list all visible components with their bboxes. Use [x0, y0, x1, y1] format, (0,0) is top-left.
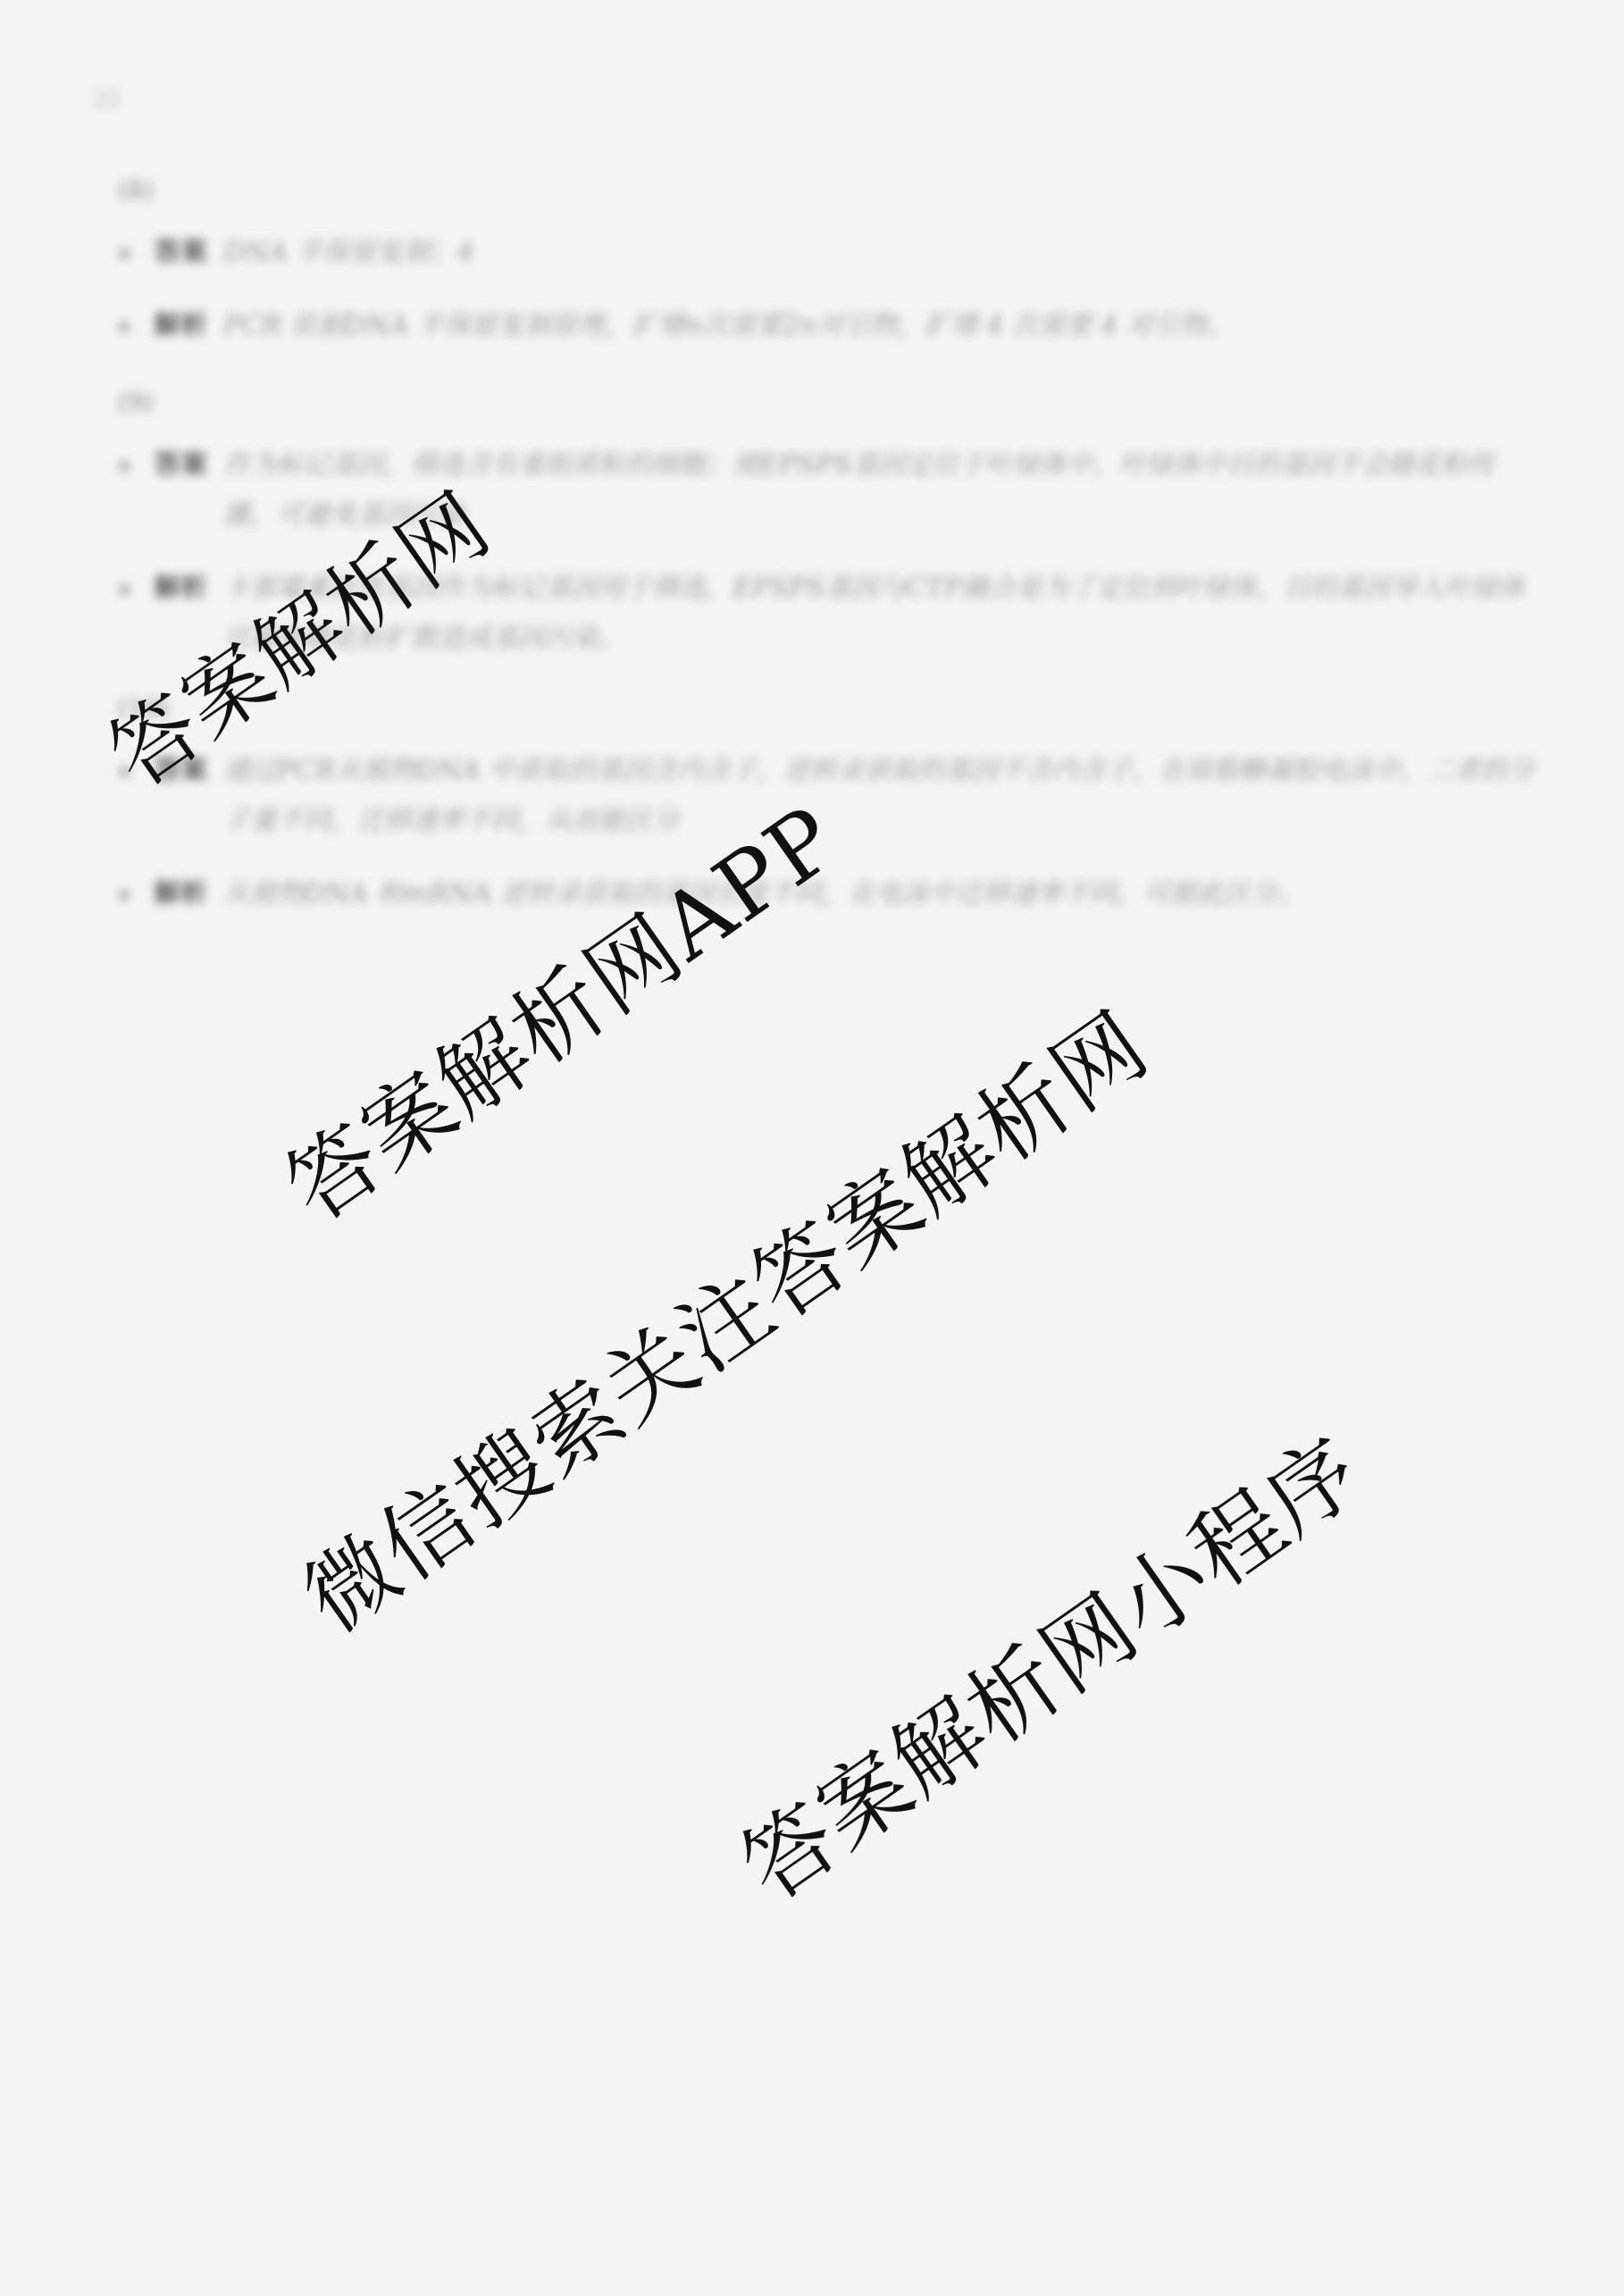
answer-item: 答案 通过PCR从植物DNA 中获取的基因含内含子，逆转录获取的基因不含内含子，… [118, 746, 1547, 846]
question-section-10: (10) 答案 通过PCR从植物DNA 中获取的基因含内含子，逆转录获取的基因不… [118, 693, 1547, 943]
bullet-icon [118, 247, 130, 260]
answer-item: 答案 作为标记基因，筛选含有重组质粒的细胞；使EPSPS基因定位于叶绿体中，叶绿… [118, 440, 1547, 540]
bullet-icon [118, 583, 130, 596]
watermark: 答案解析网小程序 [712, 1401, 1383, 1924]
item-label: 解析 [154, 869, 207, 919]
item-label: 答案 [154, 228, 207, 278]
bullet-icon [118, 460, 130, 473]
item-text: DNA 半保留复制；4 [223, 228, 474, 278]
item-text: 通过PCR从植物DNA 中获取的基因含内含子，逆转录获取的基因不含内含子，在琼脂… [223, 746, 1547, 846]
section-heading: (10) [118, 693, 1547, 723]
section-heading: (9) [118, 388, 1547, 417]
analysis-item: 解析 PCR 依据DNA 半保留复制原理，扩增n次需要2n对引物，扩增 4 次需… [118, 301, 1547, 351]
page-number: 21 [93, 86, 122, 113]
item-label: 解析 [154, 564, 207, 614]
bullet-icon [118, 321, 130, 333]
answer-item: 答案 DNA 半保留复制；4 [118, 228, 1547, 278]
bullet-icon [118, 889, 130, 901]
question-section-8: (8) 答案 DNA 半保留复制；4 解析 PCR 依据DNA 半保留复制原理，… [118, 175, 1547, 374]
item-text: PCR 依据DNA 半保留复制原理，扩增n次需要2n对引物，扩增 4 次需要 4… [223, 301, 1234, 351]
item-label: 解析 [154, 301, 207, 351]
section-heading: (8) [118, 175, 1547, 205]
item-label: 答案 [154, 440, 207, 490]
